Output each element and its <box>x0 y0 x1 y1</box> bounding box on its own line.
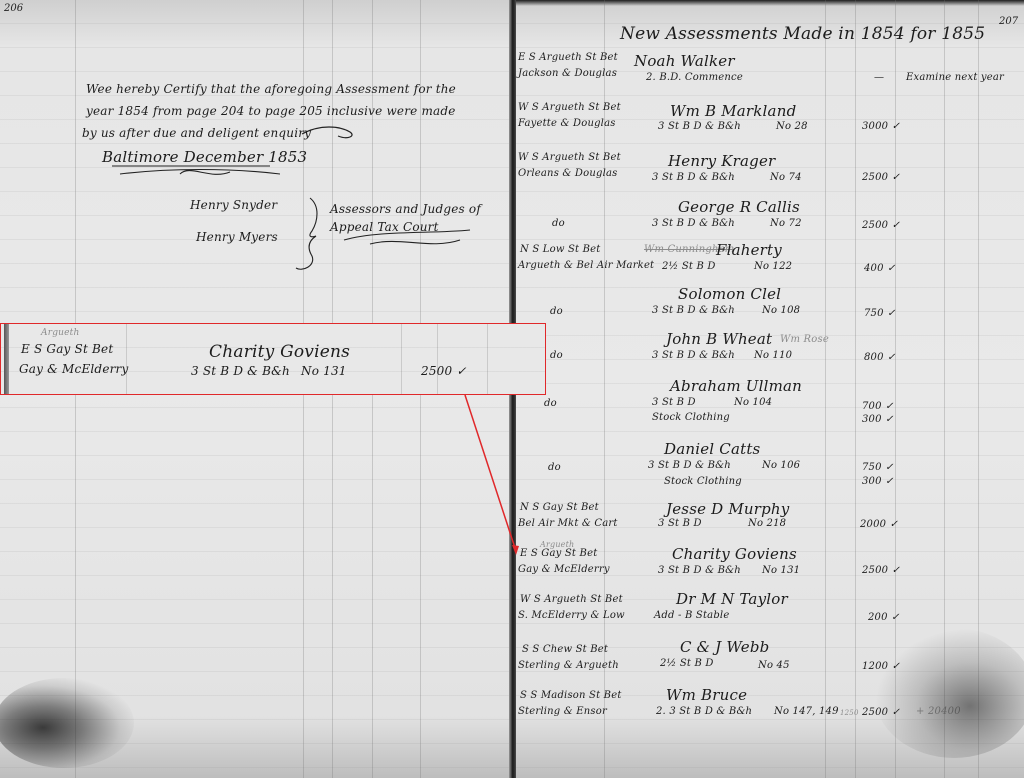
callout-location-annotation: Argueth <box>41 328 80 338</box>
entry-amount: — <box>874 72 884 83</box>
entry-number: No 45 <box>758 660 790 671</box>
entry-property: 3 St B D & B&h <box>652 172 735 183</box>
entry-property: 3 St B D & B&h <box>648 460 731 471</box>
flourish-icon <box>110 160 280 186</box>
entry-amount: 2500 ✓ <box>862 707 900 718</box>
signature-role-line-1: Assessors and Judges of <box>330 202 481 216</box>
entry-property: 3 St B D & B&h <box>652 305 735 316</box>
page-edge-shadow <box>4 324 9 394</box>
entry-location: do <box>550 350 563 361</box>
entry-location: S S Madison St Bet <box>520 690 622 701</box>
entry-number: No 122 <box>754 261 792 272</box>
entry-location: S. McElderry & Low <box>518 610 625 621</box>
entry-number: No 104 <box>734 397 772 408</box>
callout-name: Charity Goviens <box>209 342 350 362</box>
certification-line-3: by us after due and deligent enquiry <box>82 126 311 140</box>
entry-amount: 700 ✓ <box>862 401 894 412</box>
entry-location: Sterling & Argueth <box>518 660 619 671</box>
entry-extra-amount: 300 ✓ <box>862 414 894 425</box>
entry-amount: 750 ✓ <box>862 462 894 473</box>
entry-location: Sterling & Ensor <box>518 706 607 717</box>
entry-property: 3 St B D & B&h <box>652 350 735 361</box>
entry-name: Wm B Markland <box>670 102 796 120</box>
entry-number: No 72 <box>770 218 802 229</box>
entry-location: Fayette & Douglas <box>518 118 616 129</box>
entry-location: N S Low St Bet <box>520 244 601 255</box>
entry-number: No 108 <box>762 305 800 316</box>
entry-extra-property: Stock Clothing <box>652 412 730 423</box>
entry-location: E S Gay St Bet <box>520 548 597 559</box>
highlight-callout-box: Argueth E S Gay St Bet Gay & McElderry C… <box>0 323 546 395</box>
entry-property: Add - B Stable <box>654 610 729 621</box>
column-rule <box>895 0 896 778</box>
page-title: New Assessments Made in 1854 for 1855 <box>620 24 985 44</box>
entry-location: W S Argueth St Bet <box>520 594 623 605</box>
entry-amount: 2000 ✓ <box>860 519 898 530</box>
entry-note: Examine next year <box>906 72 1004 83</box>
column-rule <box>978 0 979 778</box>
entry-extra-property: Stock Clothing <box>664 476 742 487</box>
running-total: + 20400 <box>916 706 961 717</box>
callout-location: Gay & McElderry <box>19 362 128 376</box>
entry-name: Dr M N Taylor <box>676 590 788 608</box>
page-number-left: 206 <box>4 3 23 14</box>
entry-name: Daniel Catts <box>664 440 760 458</box>
page-number-right: 207 <box>999 16 1018 27</box>
entry-location: do <box>550 306 563 317</box>
entry-location: Bel Air Mkt & Cart <box>518 518 618 529</box>
certification-line-1: Wee hereby Certify that the aforegoing A… <box>86 82 456 96</box>
entry-property: 3 St B D & B&h <box>658 565 741 576</box>
entry-name: Henry Krager <box>668 152 775 170</box>
entry-number: No 106 <box>762 460 800 471</box>
entry-location: N S Gay St Bet <box>520 502 599 513</box>
entry-amount: 200 ✓ <box>868 612 900 623</box>
entry-location: Jackson & Douglas <box>518 68 617 79</box>
entry-location: W S Argueth St Bet <box>518 152 621 163</box>
entry-name: Flaherty <box>716 241 782 259</box>
entry-name: Charity Goviens <box>672 545 797 563</box>
right-page: 207 New Assessments Made in 1854 for 185… <box>516 0 1024 778</box>
brace-icon <box>290 196 330 276</box>
entry-amount: 400 ✓ <box>864 263 896 274</box>
entry-property: 3 St B D & B&h <box>658 121 741 132</box>
entry-amount: 1200 ✓ <box>862 661 900 672</box>
entry-location: do <box>552 218 565 229</box>
entry-location: do <box>544 398 557 409</box>
entry-number: No 28 <box>776 121 808 132</box>
entry-name-annotation: Wm Rose <box>780 334 829 345</box>
flourish-icon <box>300 122 360 144</box>
entry-location: W S Argueth St Bet <box>518 102 621 113</box>
entry-name: Jesse D Murphy <box>666 500 789 518</box>
entry-property: 3 St B D <box>652 397 696 408</box>
entry-amount: 750 ✓ <box>864 308 896 319</box>
entry-name: Noah Walker <box>634 52 735 70</box>
column-rule <box>825 0 826 778</box>
signature-1: Henry Snyder <box>190 198 277 212</box>
column-rule <box>126 324 127 394</box>
entry-name: C & J Webb <box>680 638 769 656</box>
entry-number: No 218 <box>748 518 786 529</box>
column-rule <box>855 0 856 778</box>
entry-location: Gay & McElderry <box>518 564 610 575</box>
entry-name: Abraham Ullman <box>670 377 802 395</box>
entry-name: Wm Bruce <box>666 686 747 704</box>
entry-property: 2½ St B D <box>662 261 716 272</box>
entry-property: 3 St B D & B&h <box>652 218 735 229</box>
callout-location: E S Gay St Bet <box>21 342 113 356</box>
entry-amount: 2500 ✓ <box>862 565 900 576</box>
certification-line-2: year 1854 from page 204 to page 205 incl… <box>86 104 456 118</box>
entry-number: No 147, 149 <box>774 706 839 717</box>
entry-amount: 800 ✓ <box>864 352 896 363</box>
column-rule <box>401 324 402 394</box>
entry-property: 2. B.D. Commence <box>646 72 743 83</box>
column-rule <box>487 324 488 394</box>
ledger-spread: 206 Wee hereby Certify that the aforegoi… <box>0 0 1024 778</box>
entry-name: John B Wheat <box>666 330 772 348</box>
entry-number: No 74 <box>770 172 802 183</box>
entry-number: No 131 <box>762 565 800 576</box>
entry-location: Orleans & Douglas <box>518 168 617 179</box>
entry-location: do <box>548 462 561 473</box>
entry-name: Solomon Clel <box>678 285 781 303</box>
column-rule <box>944 0 945 778</box>
signature-2: Henry Myers <box>196 230 278 244</box>
entry-location: Argueth & Bel Air Market <box>518 260 654 271</box>
callout-number: No 131 <box>301 364 347 378</box>
entry-property: 2½ St B D <box>660 658 714 669</box>
column-rule <box>437 324 438 394</box>
entry-property: 3 St B D <box>658 518 702 529</box>
entry-amount: 3000 ✓ <box>862 121 900 132</box>
entry-side-mark: 1250 <box>840 709 859 717</box>
flourish-icon <box>340 226 480 250</box>
entry-property: 2. 3 St B D & B&h <box>656 706 752 717</box>
entry-amount: 2500 ✓ <box>862 172 900 183</box>
entry-location: E S Argueth St Bet <box>518 52 618 63</box>
entry-extra-amount: 300 ✓ <box>862 476 894 487</box>
entry-name: George R Callis <box>678 198 800 216</box>
callout-amount: 2500 ✓ <box>421 364 467 378</box>
callout-property: 3 St B D & B&h <box>191 364 290 378</box>
entry-amount: 2500 ✓ <box>862 220 900 231</box>
entry-location: S S Chew St Bet <box>522 644 608 655</box>
entry-number: No 110 <box>754 350 792 361</box>
